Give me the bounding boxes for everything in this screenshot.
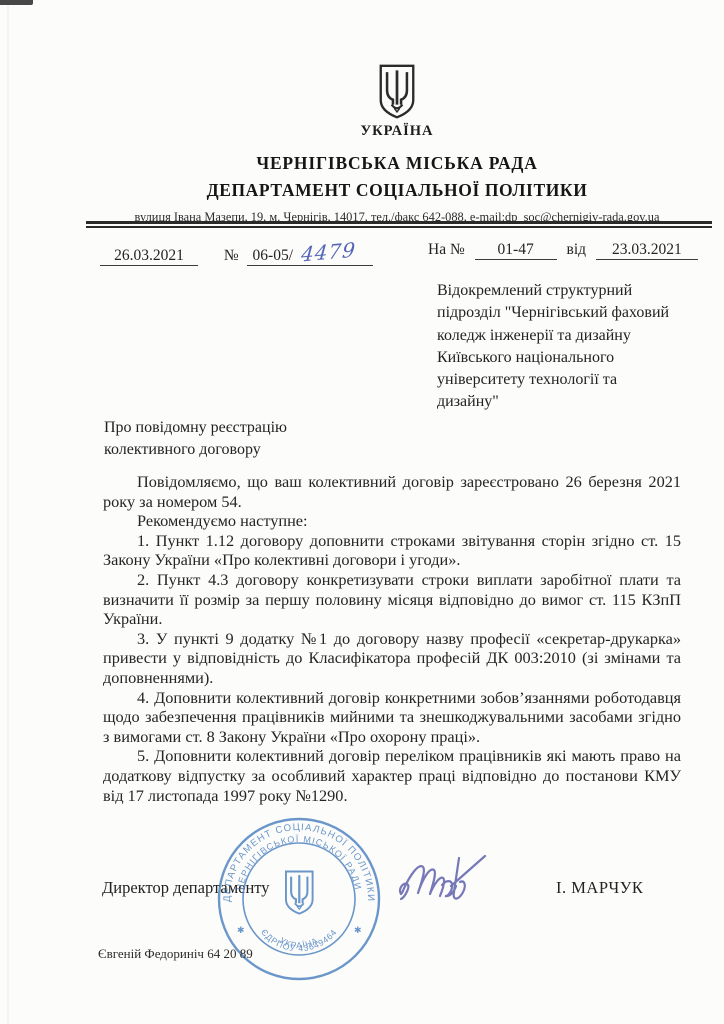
reply-to-label: На № bbox=[428, 241, 465, 259]
stamp-star-left: ✱ bbox=[237, 925, 245, 935]
letter-body: Повідомляємо, що ваш колективний договір… bbox=[103, 472, 681, 805]
letterhead: УКРАЇНА ЧЕРНІГІВСЬКА МІСЬКА РАДА ДЕПАРТА… bbox=[70, 64, 724, 225]
scanned-letter-page: УКРАЇНА ЧЕРНІГІВСЬКА МІСЬКА РАДА ДЕПАРТА… bbox=[0, 0, 724, 1024]
body-paragraph: 3. У пункті 9 додатку №1 до договору наз… bbox=[103, 629, 681, 688]
coat-of-arms-tryzub-icon bbox=[377, 64, 417, 120]
number-sign-label: № bbox=[224, 247, 239, 265]
outgoing-date: 26.03.2021 bbox=[100, 247, 198, 266]
incoming-date: 23.03.2021 bbox=[596, 241, 698, 260]
signer-name: І. МАРЧУК bbox=[556, 878, 643, 898]
body-paragraph: 5. Доповнити колективний договір перелік… bbox=[103, 746, 681, 805]
recipient-line: підрозділ "Чернігівський фаховий bbox=[437, 302, 697, 324]
recipient-line: Відокремлений структурний bbox=[437, 280, 697, 302]
body-paragraph: Рекомендуємо наступне: bbox=[103, 511, 681, 531]
scan-left-shade bbox=[7, 0, 9, 1024]
body-paragraph: 1. Пункт 1.12 договору доповнити строкам… bbox=[103, 531, 681, 570]
body-paragraph: Повідомляємо, що ваш колективний договір… bbox=[103, 472, 681, 511]
outgoing-reference: 26.03.2021 № 06-05/4479 bbox=[100, 241, 373, 266]
from-date-label: від bbox=[567, 241, 587, 259]
organization-name: ЧЕРНІГІВСЬКА МІСЬКА РАДА bbox=[70, 153, 724, 174]
recipient-line: університету технології та bbox=[437, 369, 697, 391]
executor-contact: Євгеній Федориніч 64 20 89 bbox=[98, 946, 253, 962]
body-paragraph: 2. Пункт 4.3 договору конкретизувати стр… bbox=[103, 570, 681, 629]
stamp-tryzub-icon bbox=[286, 871, 313, 913]
body-paragraph: 4. Доповнити колективний договір конкрет… bbox=[103, 688, 681, 747]
incoming-reference: На № 01-47 від 23.03.2021 bbox=[428, 241, 698, 260]
outgoing-number: 06-05/4479 bbox=[247, 241, 373, 266]
letterhead-divider bbox=[86, 221, 712, 228]
handwritten-number: 4479 bbox=[300, 237, 357, 266]
scan-edge-artifact bbox=[0, 0, 33, 5]
recipient-line: Київського національного bbox=[437, 347, 697, 369]
subject-line: колективного договору bbox=[104, 439, 287, 461]
department-name: ДЕПАРТАМЕНТ СОЦІАЛЬНОЇ ПОЛІТИКИ bbox=[70, 180, 724, 201]
recipient-line: коледж інженерії та дизайну bbox=[437, 325, 697, 347]
recipient-block: Відокремлений структурний підрозділ "Чер… bbox=[437, 280, 697, 414]
outgoing-number-prefix: 06-05/ bbox=[253, 247, 293, 264]
subject-line: Про повідомну реєстрацію bbox=[104, 417, 287, 439]
incoming-number: 01-47 bbox=[475, 241, 557, 260]
subject-block: Про повідомну реєстрацію колективного до… bbox=[104, 417, 287, 461]
handwritten-signature bbox=[393, 840, 509, 910]
country-name: УКРАЇНА bbox=[70, 123, 724, 140]
stamp-star-right: ✱ bbox=[354, 925, 362, 935]
recipient-line: дизайну" bbox=[437, 391, 697, 413]
